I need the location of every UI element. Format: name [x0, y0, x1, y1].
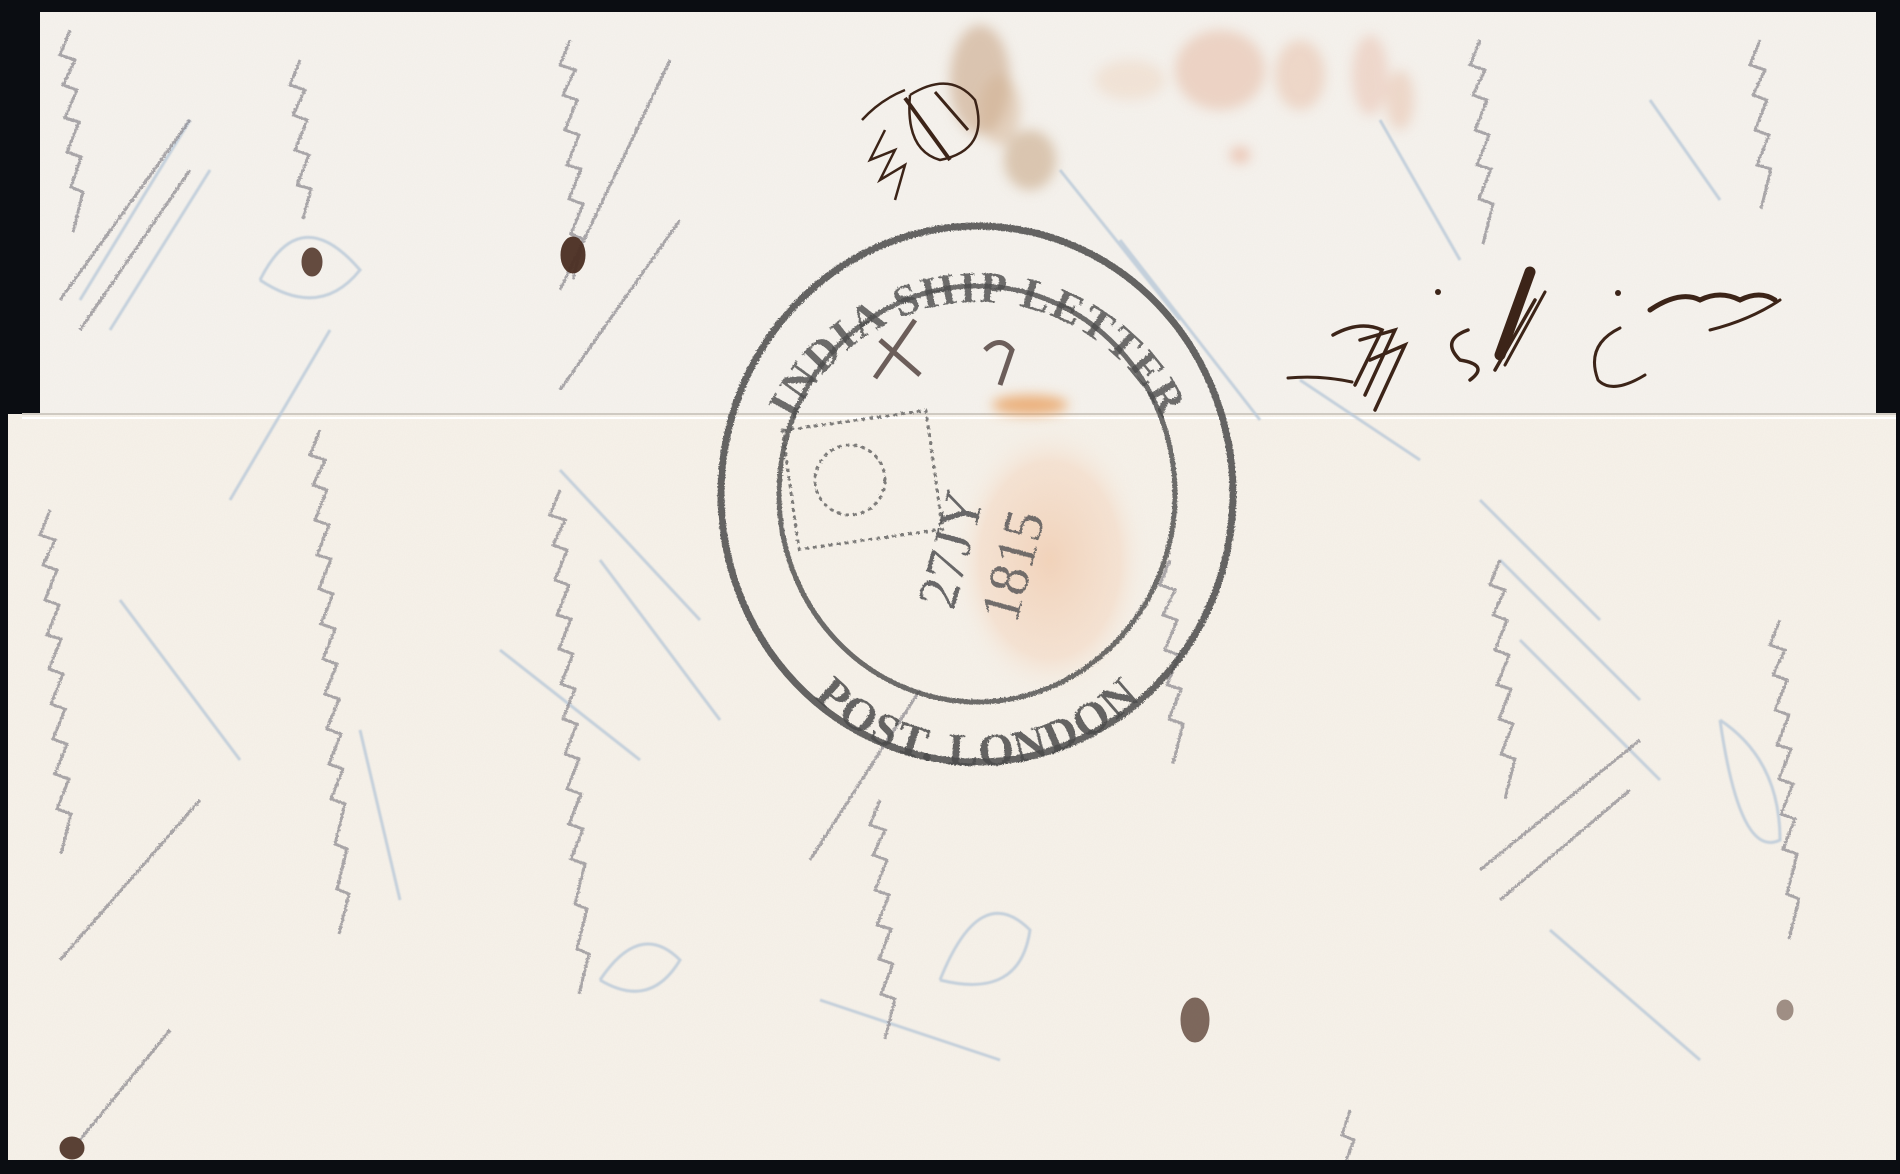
letter-cover: INDIA SHIP LETTER POST. LONDON 27JY 1815	[0, 0, 1900, 1174]
photo-stage: INDIA SHIP LETTER POST. LONDON 27JY 1815	[0, 0, 1900, 1174]
